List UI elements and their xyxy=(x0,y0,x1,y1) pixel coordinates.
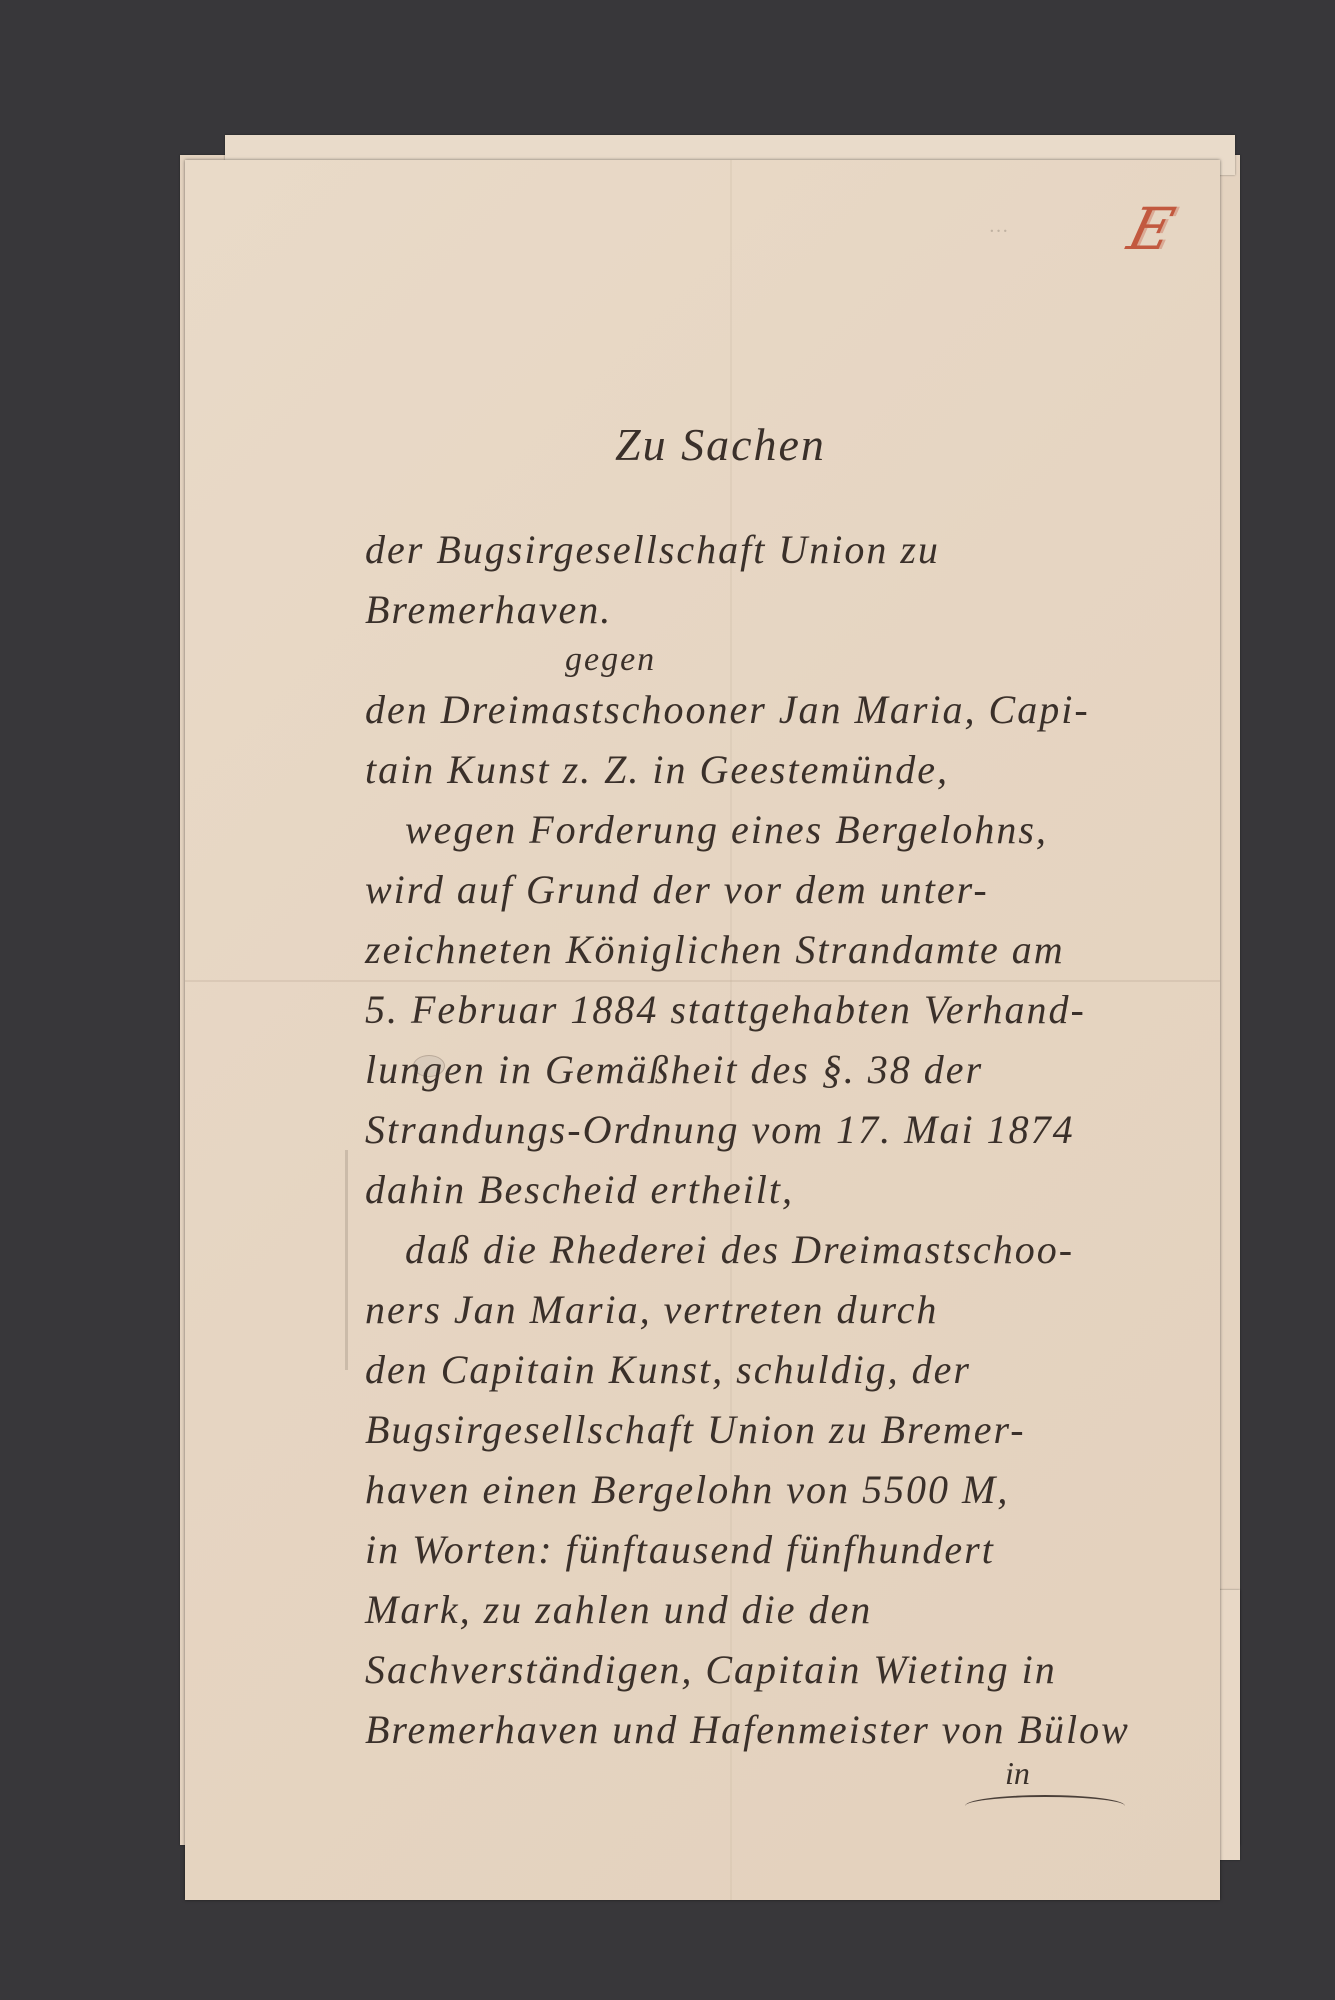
text-line: in Worten: fünftausend fünfhundert xyxy=(365,1520,1235,1580)
text-line: den Capitain Kunst, schuldig, der xyxy=(365,1340,1235,1400)
text-line-gegen: gegen xyxy=(365,640,1235,680)
text-line: dahin Bescheid ertheilt, xyxy=(365,1160,1235,1220)
text-line: ners Jan Maria, vertreten durch xyxy=(365,1280,1235,1340)
paper-tear xyxy=(345,1150,348,1370)
text-line: Bugsirgesellschaft Union zu Bremer- xyxy=(365,1400,1235,1460)
flourish-line xyxy=(965,1795,1125,1817)
pencil-note: … xyxy=(990,215,1008,238)
text-line: wegen Forderung eines Bergelohns, xyxy=(365,800,1235,860)
document-heading: Zu Sachen xyxy=(365,405,1235,520)
catchword: in xyxy=(1005,1755,1030,1792)
text-line: Strandungs-Ordnung vom 17. Mai 1874 xyxy=(365,1100,1235,1160)
text-line: der Bugsirgesellschaft Union zu xyxy=(365,520,1235,580)
text-line: tain Kunst z. Z. in Geestemünde, xyxy=(365,740,1235,800)
text-line: Sachverständigen, Capitain Wieting in xyxy=(365,1640,1235,1700)
text-line: zeichneten Königlichen Strandamte am xyxy=(365,920,1235,980)
text-line: lungen in Gemäßheit des §. 38 der xyxy=(365,1040,1235,1100)
text-line: wird auf Grund der vor dem unter- xyxy=(365,860,1235,920)
text-line: 5. Februar 1884 stattgehabten Verhand- xyxy=(365,980,1235,1040)
text-line: haven einen Bergelohn von 5500 M, xyxy=(365,1460,1235,1520)
text-line: den Dreimastschooner Jan Maria, Capi- xyxy=(365,680,1235,740)
text-line: Mark, zu zahlen und die den xyxy=(365,1580,1235,1640)
handwritten-text: Zu Sachen der Bugsirgesellschaft Union z… xyxy=(365,405,1235,1760)
text-line: Bremerhaven und Hafenmeister von Bülow xyxy=(365,1700,1235,1760)
text-line: Bremerhaven. xyxy=(365,580,1235,640)
text-line: daß die Rhederei des Dreimastschoo- xyxy=(365,1220,1235,1280)
